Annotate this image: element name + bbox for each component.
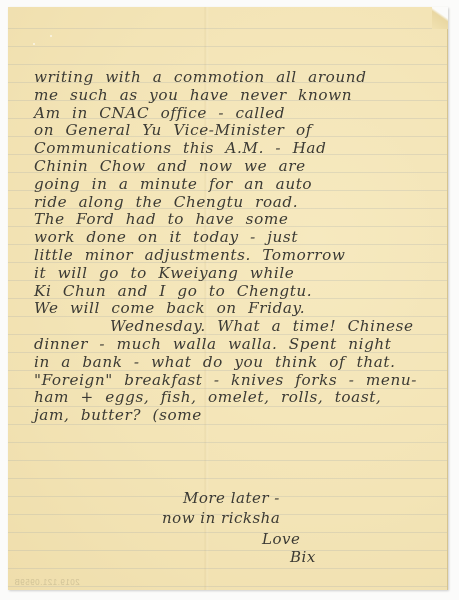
salutation: Love: [262, 530, 300, 548]
letter-line: on General Yu Vice-Minister of: [34, 122, 444, 140]
letter-line: We will come back on Friday.: [34, 300, 444, 318]
letter-line: Communications this A.M. - Had: [34, 140, 444, 158]
letter-line: work done on it today - just: [34, 229, 444, 247]
letter-line: "Foreign" breakfast - knives forks - men…: [34, 372, 444, 390]
letter-line: writing with a commotion all around: [34, 69, 444, 87]
letter-line: going in a minute for an auto: [34, 176, 444, 194]
paper-speck: [50, 35, 52, 37]
letter-line: Chinin Chow and now we are: [34, 158, 444, 176]
signature: Bix: [290, 548, 316, 566]
bleed-through-accession-mark: 2019.121.0959B: [14, 578, 80, 587]
letter-line: Ki Chun and I go to Chengtu.: [34, 283, 444, 301]
letter-line: Am in CNAC office - called: [34, 105, 444, 123]
letter-line: jam, butter? (some: [34, 407, 444, 425]
letter-line: ham + eggs, fish, omelet, rolls, toast,: [34, 389, 444, 407]
letter-body: writing with a commotion all around me s…: [34, 69, 444, 425]
letter-page: writing with a commotion all around me s…: [8, 7, 448, 590]
letter-line: Wednesday. What a time! Chinese: [34, 318, 444, 336]
letter-line: little minor adjustments. Tomorrow: [34, 247, 444, 265]
letter-line: The Ford had to have some: [34, 211, 444, 229]
letter-line: dinner - much walla walla. Spent night: [34, 336, 444, 354]
paper-speck: [33, 43, 35, 45]
letter-line: me such as you have never known: [34, 87, 444, 105]
closing-line-1: More later -: [183, 489, 280, 507]
letter-line: ride along the Chengtu road.: [34, 194, 444, 212]
letter-line: in a bank - what do you think of that.: [34, 354, 444, 372]
closing-line-2: now in ricksha: [162, 509, 280, 527]
letter-line: it will go to Kweiyang while: [34, 265, 444, 283]
